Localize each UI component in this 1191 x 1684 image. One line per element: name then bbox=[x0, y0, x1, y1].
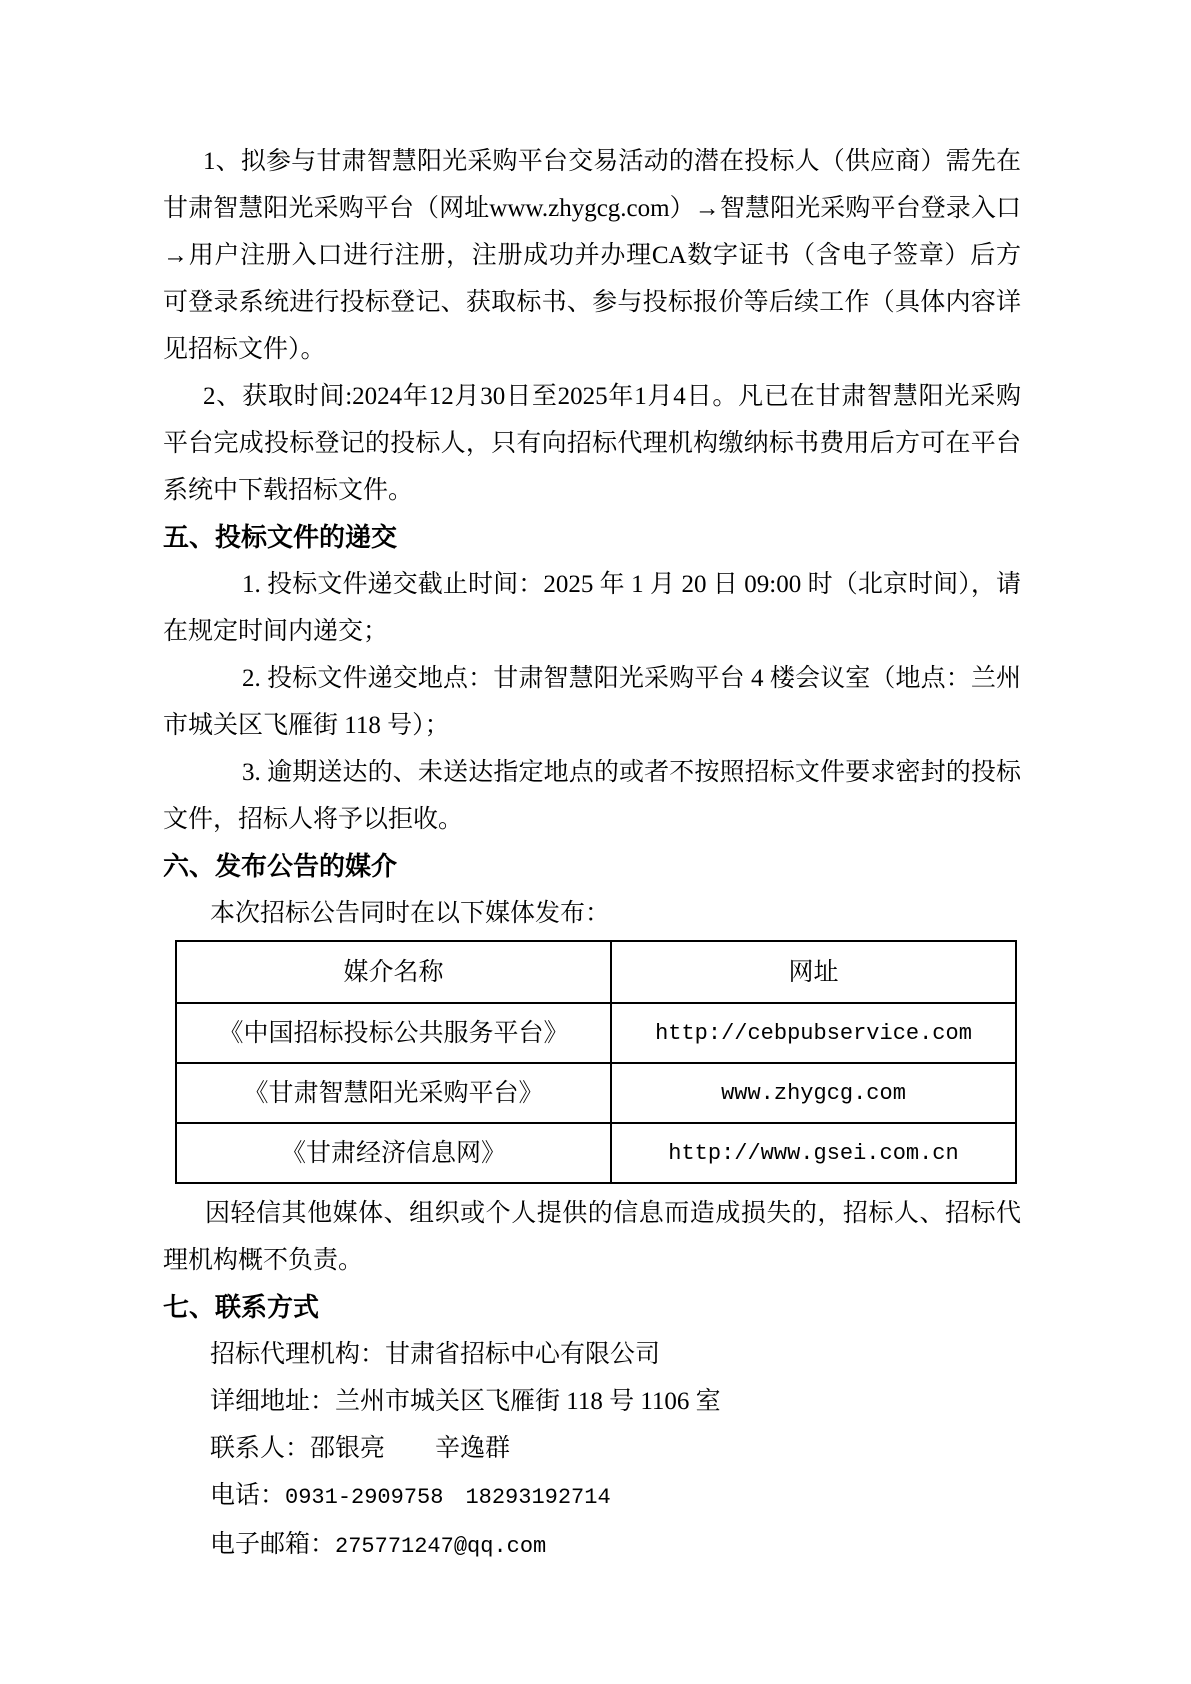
contact-value: 275771247@qq.com bbox=[335, 1534, 546, 1559]
table-row: 《中国招标投标公共服务平台》 http://cebpubservice.com bbox=[176, 1003, 1016, 1063]
media-table-header-row: 媒介名称 网址 bbox=[176, 941, 1016, 1003]
media-name-cell: 《甘肃经济信息网》 bbox=[176, 1123, 611, 1183]
contact-label: 联系人： bbox=[210, 1435, 310, 1462]
media-url-cell: www.zhygcg.com bbox=[611, 1063, 1016, 1123]
contact-line-agency: 招标代理机构：甘肃省招标中心有限公司 bbox=[163, 1331, 1021, 1378]
section5-item-rejection: 3. 逾期送达的、未送达指定地点的或者不按照招标文件要求密封的投标文件，招标人将… bbox=[163, 749, 1021, 843]
contact-value: 0931-2909758 18293192714 bbox=[285, 1485, 611, 1510]
section5-item-deadline: 1. 投标文件递交截止时间：2025 年 1 月 20 日 09:00 时（北京… bbox=[163, 561, 1021, 655]
media-name-cell: 《甘肃智慧阳光采购平台》 bbox=[176, 1063, 611, 1123]
media-url-header: 网址 bbox=[611, 941, 1016, 1003]
paragraph-obtain-time: 2、获取时间:2024年12月30日至2025年1月4日。凡已在甘肃智慧阳光采购… bbox=[163, 373, 1021, 514]
table-row: 《甘肃智慧阳光采购平台》 www.zhygcg.com bbox=[176, 1063, 1016, 1123]
media-url-cell: http://www.gsei.com.cn bbox=[611, 1123, 1016, 1183]
contact-line-address: 详细地址：兰州市城关区飞雁街 118 号 1106 室 bbox=[163, 1378, 1021, 1425]
contact-line-email: 电子邮箱：275771247@qq.com bbox=[163, 1521, 1021, 1570]
table-row: 《甘肃经济信息网》 http://www.gsei.com.cn bbox=[176, 1123, 1016, 1183]
media-url-cell: http://cebpubservice.com bbox=[611, 1003, 1016, 1063]
contact-value: 邵银亮 辛逸群 bbox=[310, 1435, 510, 1462]
media-table: 媒介名称 网址 《中国招标投标公共服务平台》 http://cebpubserv… bbox=[175, 940, 1017, 1184]
contact-line-persons: 联系人：邵银亮 辛逸群 bbox=[163, 1425, 1021, 1472]
section6-heading: 六、发布公告的媒介 bbox=[163, 843, 1021, 890]
media-disclaimer: 因轻信其他媒体、组织或个人提供的信息而造成损失的，招标人、招标代理机构概不负责。 bbox=[163, 1190, 1021, 1284]
contact-value: 兰州市城关区飞雁街 118 号 1106 室 bbox=[335, 1388, 721, 1415]
contact-label: 招标代理机构： bbox=[210, 1341, 385, 1368]
paragraph-platform-registration: 1、拟参与甘肃智慧阳光采购平台交易活动的潜在投标人（供应商）需先在甘肃智慧阳光采… bbox=[163, 138, 1021, 373]
section5-item-location: 2. 投标文件递交地点：甘肃智慧阳光采购平台 4 楼会议室（地点：兰州市城关区飞… bbox=[163, 655, 1021, 749]
contact-label: 详细地址： bbox=[210, 1388, 335, 1415]
contact-line-phone: 电话：0931-2909758 18293192714 bbox=[163, 1472, 1021, 1521]
contact-value: 甘肃省招标中心有限公司 bbox=[385, 1341, 660, 1368]
document-content: 1、拟参与甘肃智慧阳光采购平台交易活动的潜在投标人（供应商）需先在甘肃智慧阳光采… bbox=[163, 138, 1021, 1570]
section7-heading: 七、联系方式 bbox=[163, 1284, 1021, 1331]
media-intro: 本次招标公告同时在以下媒体发布： bbox=[163, 890, 1021, 937]
media-name-cell: 《中国招标投标公共服务平台》 bbox=[176, 1003, 611, 1063]
contact-label: 电子邮箱： bbox=[210, 1531, 335, 1558]
document-page: 1、拟参与甘肃智慧阳光采购平台交易活动的潜在投标人（供应商）需先在甘肃智慧阳光采… bbox=[0, 0, 1191, 1684]
contact-label: 电话： bbox=[210, 1482, 285, 1509]
media-name-header: 媒介名称 bbox=[176, 941, 611, 1003]
section5-heading: 五、投标文件的递交 bbox=[163, 514, 1021, 561]
